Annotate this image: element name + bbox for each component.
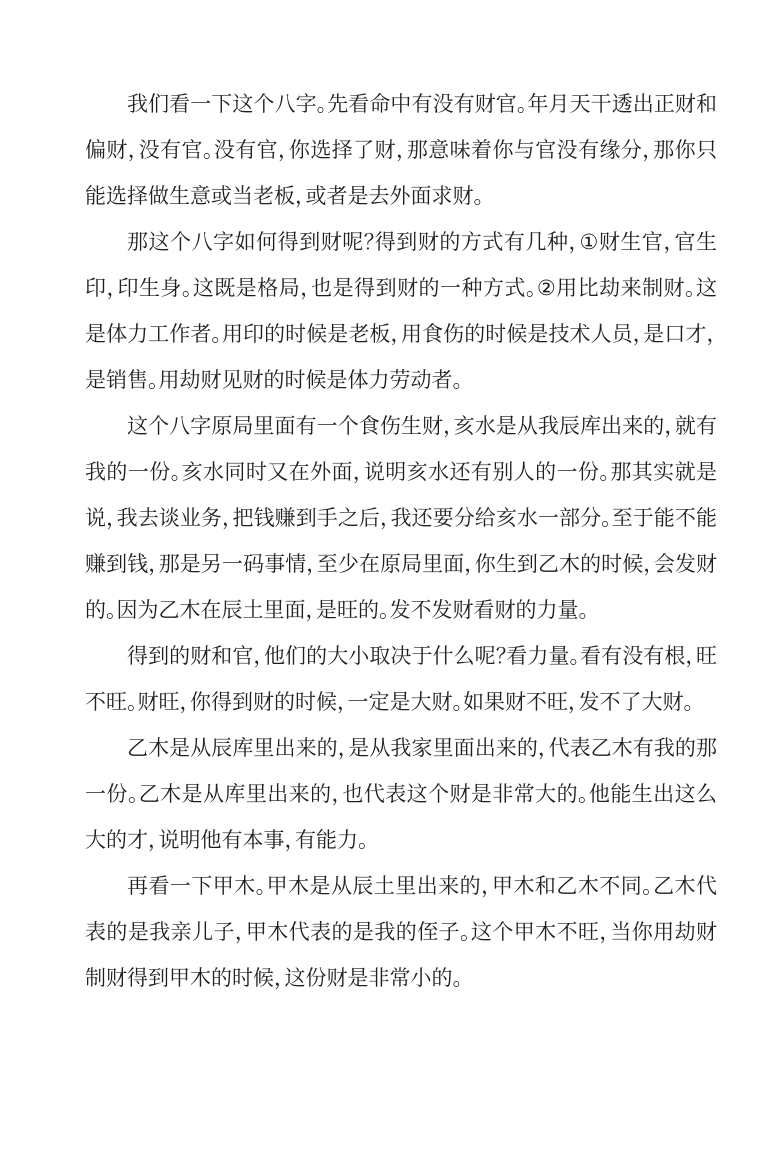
paragraph: 乙木是从辰库里出来的，是从我家里面出来的，代表乙木有我的那一份。乙木是从库里出来… — [85, 726, 717, 864]
document-page: 我们看一下这个八字。先看命中有没有财官。年月天干透出正财和偏财，没有官。没有官，… — [0, 0, 770, 1165]
paragraph: 得到的财和官，他们的大小取决于什么呢？看力量。看有没有根，旺不旺。财旺，你得到财… — [85, 634, 717, 726]
paragraph: 再看一下甲木。甲木是从辰土里出来的，甲木和乙木不同。乙木代表的是我亲儿子，甲木代… — [85, 864, 717, 1002]
paragraph: 那这个八字如何得到财呢？得到财的方式有几种，①财生官，官生印，印生身。这既是格局… — [85, 220, 717, 404]
paragraph: 我们看一下这个八字。先看命中有没有财官。年月天干透出正财和偏财，没有官。没有官，… — [85, 82, 717, 220]
paragraph: 这个八字原局里面有一个食伤生财，亥水是从我辰库出来的，就有我的一份。亥水同时又在… — [85, 404, 717, 634]
